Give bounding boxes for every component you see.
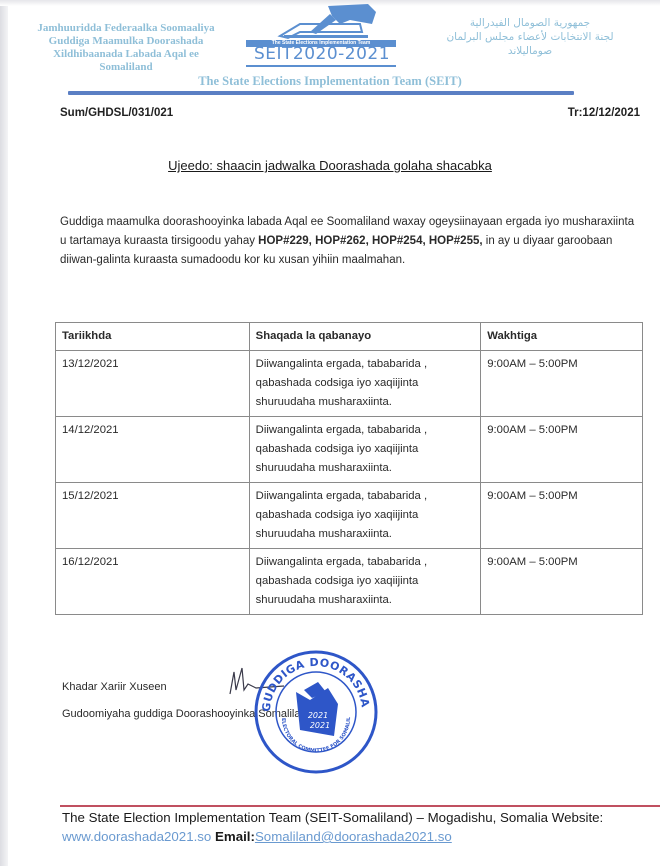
- column-header-date: Tariikhda: [56, 323, 250, 351]
- footer-organization: The State Election Implementation Team (…: [62, 810, 603, 825]
- cell-time: 9:00AM – 5:00PM: [481, 483, 643, 549]
- table-row: 13/12/2021 Diiwangalinta ergada, tababar…: [56, 351, 643, 417]
- cell-date: 16/12/2021: [56, 549, 250, 615]
- subject-heading: Ujeedo: shaacin jadwalka Doorashada gola…: [0, 158, 660, 173]
- cell-activity: Diiwangalinta ergada, tababarida , qabas…: [249, 483, 481, 549]
- letterhead-arabic: جمهورية الصومال الفيدرالية لجنة الانتخاب…: [430, 16, 630, 58]
- signer-name: Khadar Xariir Xuseen: [62, 681, 167, 693]
- cell-date: 13/12/2021: [56, 351, 250, 417]
- footer-divider: [60, 805, 660, 807]
- letterhead-somali: Jamhuuridda Federaalka Soomaaliya Guddig…: [26, 22, 226, 74]
- table-header-row: Tariikhda Shaqada la qabanayo Wakhtiga: [56, 323, 643, 351]
- logo-text: SEIT2020-2021: [246, 44, 398, 64]
- stamp-year-2: 2021: [310, 721, 330, 730]
- table-row: 14/12/2021 Diiwangalinta ergada, tababar…: [56, 417, 643, 483]
- cell-time: 9:00AM – 5:00PM: [481, 351, 643, 417]
- body-paragraph: Guddiga maamulka doorashooyinka labada A…: [60, 213, 640, 270]
- letterhead-line: Xildhibaanada Labada Aqal ee: [26, 48, 226, 61]
- letterhead-line: لجنة الانتخابات لأعضاء مجلس البرلمان: [430, 30, 630, 44]
- cell-time: 9:00AM – 5:00PM: [481, 417, 643, 483]
- letterhead-line: جمهورية الصومال الفيدرالية: [430, 16, 630, 30]
- official-stamp-icon: GUDDIGA DOORASHADA LABADA AQAL EE SOOMAA…: [252, 648, 380, 776]
- column-header-time: Wakhtiga: [481, 323, 643, 351]
- schedule-table: Tariikhda Shaqada la qabanayo Wakhtiga 1…: [55, 322, 643, 615]
- email-label: Email:: [211, 829, 255, 844]
- team-name: The State Elections Implementation Team …: [0, 74, 660, 89]
- table-row: 15/12/2021 Diiwangalinta ergada, tababar…: [56, 483, 643, 549]
- seit-logo: The State Elections Implementation Team …: [240, 2, 400, 66]
- seat-numbers: HOP#229, HOP#262, HOP#254, HOP#255,: [258, 235, 482, 247]
- cell-date: 14/12/2021: [56, 417, 250, 483]
- reference-number: Sum/GHDSL/031/021: [60, 107, 173, 119]
- cell-activity: Diiwangalinta ergada, tababarida , qabas…: [249, 549, 481, 615]
- reference-date: Tr:12/12/2021: [568, 107, 640, 119]
- letterhead-line: Jamhuuridda Federaalka Soomaaliya: [26, 22, 226, 35]
- header-divider: [68, 91, 574, 95]
- letterhead-line: Guddiga Maamulka Doorashada: [26, 35, 226, 48]
- cell-time: 9:00AM – 5:00PM: [481, 549, 643, 615]
- table-row: 16/12/2021 Diiwangalinta ergada, tababar…: [56, 549, 643, 615]
- ballot-box-icon: [240, 2, 400, 42]
- logo-underline: [246, 65, 396, 67]
- cell-activity: Diiwangalinta ergada, tababarida , qabas…: [249, 351, 481, 417]
- email-link[interactable]: Somaliland@doorashada2021.so: [255, 829, 452, 844]
- page-edge: [0, 0, 8, 866]
- column-header-activity: Shaqada la qabanayo: [249, 323, 481, 351]
- stamp-year-1: 2021: [308, 711, 328, 720]
- cell-activity: Diiwangalinta ergada, tababarida , qabas…: [249, 417, 481, 483]
- cell-date: 15/12/2021: [56, 483, 250, 549]
- footer-contacts: www.doorashada2021.so Email:Somaliland@d…: [62, 829, 452, 844]
- letterhead-line: صوماليلاند: [430, 44, 630, 58]
- website-link[interactable]: www.doorashada2021.so: [62, 829, 211, 844]
- letterhead-line: Somaliland: [26, 61, 226, 74]
